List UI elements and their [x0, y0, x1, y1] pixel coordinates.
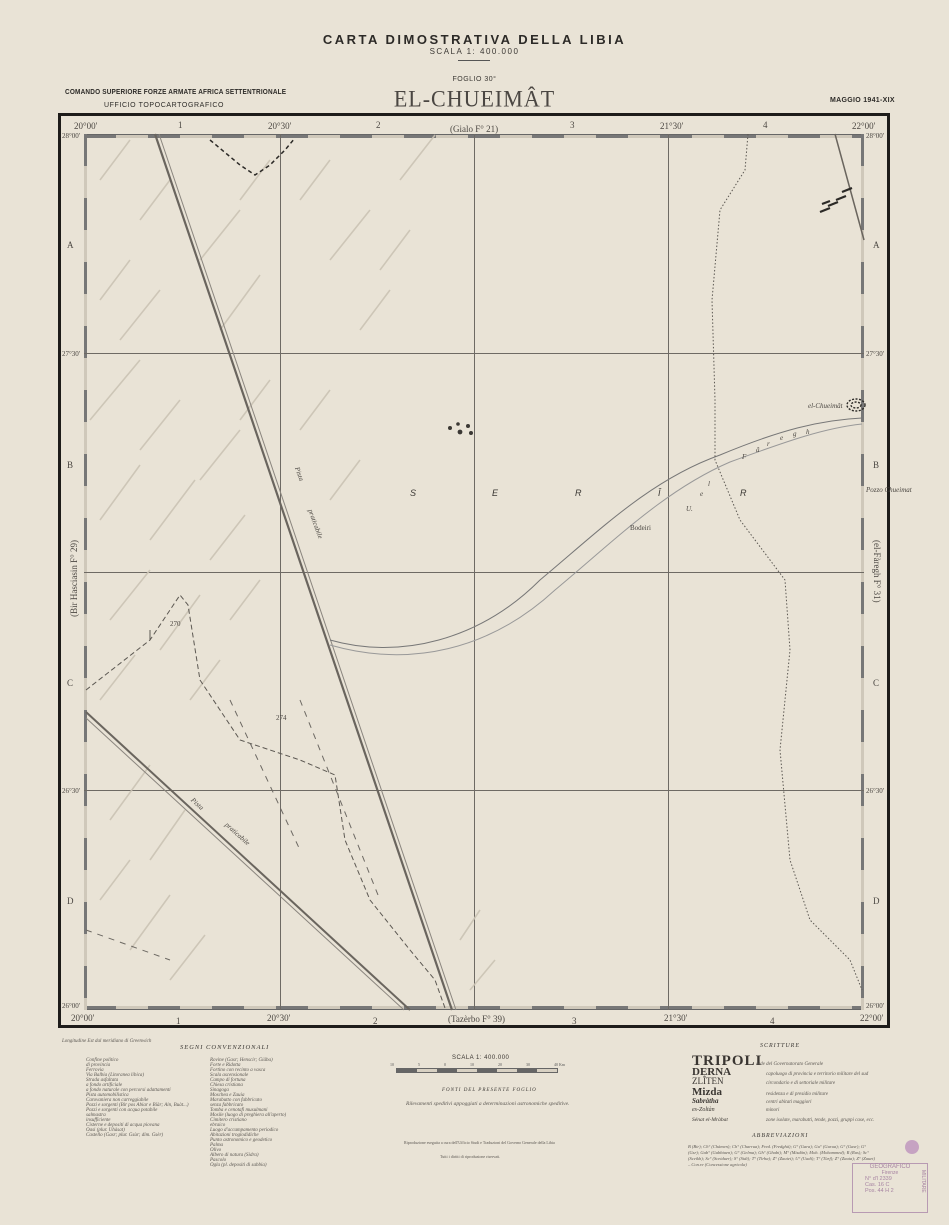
longitude-note: Longitudine Est dal meridiano di Greenwi…: [62, 1039, 151, 1044]
column-label: 1: [178, 120, 183, 130]
wadi-label: F: [742, 453, 746, 461]
scale-tick: 10: [470, 1062, 474, 1067]
lon-label-top: 22°00': [852, 121, 875, 131]
scritture-row: es-Zoltànminori: [692, 1107, 874, 1117]
stamp-line: Pos. 44 H 2: [853, 1188, 927, 1194]
column-label: 4: [763, 120, 768, 130]
column-label: 2: [373, 1016, 378, 1026]
adjacent-sheet-south[interactable]: (Tazèrbo F° 39): [448, 1014, 505, 1024]
scritture-title: SCRITTURE: [760, 1043, 800, 1049]
scale-tick: 0: [444, 1062, 446, 1067]
wadi-label: r: [767, 440, 770, 448]
scritture-row: Mizdaresidenza e di presidio militare: [692, 1086, 874, 1097]
region-letter: Î: [658, 488, 661, 498]
row-label: D: [873, 896, 880, 906]
scale-bar: [396, 1068, 558, 1073]
scritture-row: TRIPOLIsede del Governatorato Generale: [692, 1053, 874, 1066]
row-label: D: [67, 896, 74, 906]
scritture-list: TRIPOLIsede del Governatorato Generale D…: [692, 1053, 874, 1127]
scale-tick: 5: [418, 1062, 420, 1067]
east-edge-note: Pozzo Chueimat: [866, 486, 912, 494]
row-label: A: [873, 240, 880, 250]
legend-item: Castello (Gasr; plur. Gsùr; dim. Gsèr): [86, 1133, 226, 1138]
spot-height: 274: [276, 714, 287, 722]
scritture-sample: Sabràtha: [692, 1097, 766, 1105]
lon-label-top: 20°30': [268, 121, 291, 131]
scritture-desc: zone isolate, marabutti, tende, pozzi, g…: [766, 1118, 874, 1123]
scale-ticks: 10 5 0 10 20 30 40 Km: [390, 1062, 565, 1067]
repro-note: Riproduzione eseguita a cura dell'Uffici…: [404, 1140, 555, 1145]
legend-left-list: Confine politico di provincia Ferrovia V…: [86, 1058, 226, 1138]
row-label: B: [873, 460, 879, 470]
wadi-label: U.: [686, 505, 693, 513]
scritture-sample: ZLÎTEN: [692, 1076, 766, 1086]
scritture-row: DERNAcapoluogo di provincia e territorio…: [692, 1066, 874, 1076]
lon-label-bottom: 20°30': [267, 1013, 290, 1023]
place-bodeiri[interactable]: Bodeiri: [630, 524, 651, 532]
scritture-row: Sénat el-Mràbatzone isolate, marabutti, …: [692, 1117, 874, 1127]
region-letter: R: [740, 488, 747, 498]
wadi-label: e: [780, 434, 783, 442]
sources-text: Rilevamenti speditivi appoggiati a deter…: [406, 1101, 569, 1107]
wadi-label: l: [708, 480, 710, 488]
lat-label-left: 26°00': [62, 1002, 80, 1010]
stamp-line: MILITARE: [920, 1170, 926, 1193]
column-label: 3: [570, 120, 575, 130]
abbrev-text: B (Bir); Ch° (Chàmen); Ch° (Charrua); Fr…: [688, 1144, 878, 1168]
scritture-row: ZLÎTENcircondario e di settoriale milita…: [692, 1076, 874, 1086]
abbrev-title: ABBREVIAZIONI: [752, 1133, 808, 1139]
lat-label-right: 26°00': [866, 1002, 884, 1010]
sources-title: FONTI DEL PRESENTE FOGLIO: [442, 1088, 537, 1093]
region-letter: S: [410, 488, 416, 498]
wadi-label: g: [793, 430, 797, 438]
scritture-sample: Sénat el-Mràbat: [692, 1117, 766, 1123]
wadi-label: â: [756, 446, 760, 454]
scritture-desc: centri abitati maggiori: [766, 1100, 812, 1105]
scale-tick: 20: [498, 1062, 502, 1067]
column-label: 4: [770, 1016, 775, 1026]
lat-label-right: 27°30': [866, 350, 884, 358]
scritture-sample: es-Zoltàn: [692, 1107, 766, 1113]
flower-stamp-icon: [905, 1140, 919, 1154]
adjacent-sheet-north[interactable]: (Gialo F° 21): [450, 124, 498, 134]
column-label: 1: [176, 1016, 181, 1026]
scale-bar-label: SCALA 1: 400.000: [452, 1055, 509, 1061]
adjacent-sheet-east[interactable]: (el-Fàregh F° 31): [872, 540, 882, 603]
scritture-desc: residenza e di presidio militare: [766, 1092, 828, 1097]
scale-tick: 10: [390, 1062, 394, 1067]
wadi-label: e: [700, 490, 703, 498]
region-letter: E: [492, 488, 498, 498]
place-el-chueimat[interactable]: el-Chueimât: [808, 402, 843, 410]
row-label: C: [873, 678, 879, 688]
legend-item: Ogla (pl. depositi di sabbia): [210, 1163, 360, 1168]
lon-label-bottom: 20°00': [71, 1013, 94, 1023]
column-label: 2: [376, 120, 381, 130]
lat-label-right: 26°30': [866, 787, 884, 795]
region-letter: R: [575, 488, 582, 498]
row-label: B: [67, 460, 73, 470]
row-label: A: [67, 240, 74, 250]
wadi-label: h: [806, 428, 810, 436]
scritture-desc: circondario e di settoriale militare: [766, 1081, 835, 1086]
lon-label-bottom: 22°00': [860, 1013, 883, 1023]
rights-note: Tutti i diritti di riproduzione riservat…: [440, 1154, 500, 1159]
lon-label-top: 20°00': [74, 121, 97, 131]
scale-tick: 40 Km: [554, 1062, 565, 1067]
archive-stamp: GEOGRAFICO MILITARE Firenze N° d'l 2339 …: [852, 1163, 928, 1213]
adjacent-sheet-west[interactable]: (Bir Hasciasin F° 29): [69, 540, 79, 617]
scritture-desc: minori: [766, 1108, 779, 1113]
column-label: 3: [572, 1016, 577, 1026]
spot-height: 270: [170, 620, 181, 628]
legend-title: SEGNI CONVENZIONALI: [180, 1044, 269, 1051]
legend-right-list: Rovine (Gasr; Henscir; Giâba) Forte e Ri…: [210, 1058, 360, 1168]
lat-label-left: 27°30': [62, 350, 80, 358]
scritture-desc: sede del Governatorato Generale: [756, 1062, 823, 1067]
lat-label-right: 28°00': [866, 132, 884, 140]
scritture-desc: capoluogo di provincia e territorio mili…: [766, 1072, 868, 1077]
lon-label-bottom: 21°30': [664, 1013, 687, 1023]
lat-label-left: 28°00': [62, 132, 80, 140]
lat-label-left: 26°30': [62, 787, 80, 795]
scritture-row: Sabràthacentri abitati maggiori: [692, 1097, 874, 1107]
row-label: C: [67, 678, 73, 688]
scale-tick: 30: [526, 1062, 530, 1067]
lon-label-top: 21°30': [660, 121, 683, 131]
